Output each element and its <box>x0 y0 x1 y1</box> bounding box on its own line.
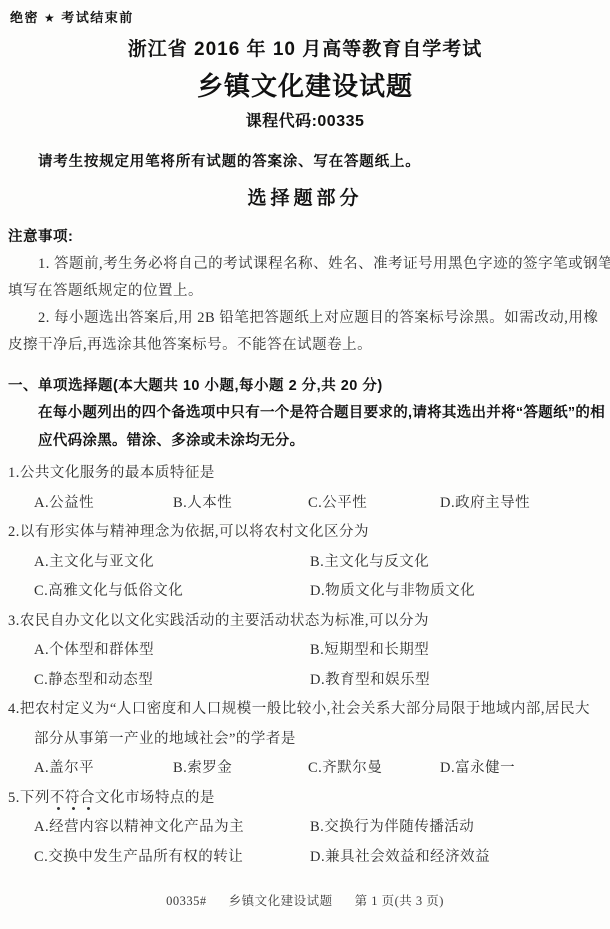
question-2-option-a: A.主文化与亚文化 <box>34 548 310 578</box>
notes-title: 注意事项: <box>8 224 606 251</box>
questions-block: 1.公共文化服务的最本质特征是 A.公益性 B.人本性 C.公平性 D.政府主导… <box>8 459 608 872</box>
note-1-line-1: 1. 答题前,考生务必将自己的考试课程名称、姓名、准考证号用黑色字迹的签字笔或钢… <box>8 251 606 278</box>
question-1-option-b: B.人本性 <box>173 489 308 519</box>
page-footer: 00335#乡镇文化建设试题第 1 页(共 3 页) <box>0 891 610 909</box>
footer-course-code: 00335# <box>166 894 207 908</box>
note-2-line-1: 2. 每小题选出答案后,用 2B 铅笔把答题纸上对应题目的答案标号涂黑。如需改动… <box>8 305 606 332</box>
star-icon: ★ <box>44 11 56 25</box>
note-2-line-2: 皮擦干净后,再选涂其他答案标号。不能答在试题卷上。 <box>8 332 606 359</box>
footer-paper-title: 乡镇文化建设试题 <box>229 894 333 908</box>
question-4-option-b: B.索罗金 <box>173 754 308 784</box>
question-3-stem: 3.农民自办文化以文化实践活动的主要活动状态为标准,可以分为 <box>8 607 608 637</box>
footer-page-number: 第 1 页(共 3 页) <box>355 894 444 908</box>
question-5-option-b: B.交换行为伴随传播活动 <box>310 813 608 843</box>
question-5-options-row-2: C.交换中发生产品所有权的转让 D.兼具社会效益和经济效益 <box>8 843 608 873</box>
question-4-option-c: C.齐默尔曼 <box>308 754 440 784</box>
question-5-text-emphasized: 不符合 <box>50 790 95 811</box>
question-1-option-c: C.公平性 <box>308 489 440 519</box>
question-3-text: 农民自办文化以文化实践活动的主要活动状态为标准,可以分为 <box>20 613 429 629</box>
question-2-stem: 2.以有形实体与精神理念为依据,可以将农村文化区分为 <box>8 518 608 548</box>
question-1-options: A.公益性 B.人本性 C.公平性 D.政府主导性 <box>8 489 608 519</box>
question-1-number: 1. <box>8 465 20 481</box>
question-5-stem: 5.下列不符合文化市场特点的是 <box>8 784 608 814</box>
question-3-option-a: A.个体型和群体型 <box>34 636 310 666</box>
section-intro-line-1: 在每小题列出的四个备选项中只有一个是符合题目要求的,请将其选出并将“答题纸”的相 <box>38 400 608 428</box>
question-3-options-row-2: C.静态型和动态型 D.教育型和娱乐型 <box>8 666 608 696</box>
question-3-option-d: D.教育型和娱乐型 <box>310 666 608 696</box>
question-1-option-d: D.政府主导性 <box>440 489 608 519</box>
question-3-option-c: C.静态型和动态型 <box>34 666 310 696</box>
question-2-options-row-2: C.高雅文化与低俗文化 D.物质文化与非物质文化 <box>8 577 608 607</box>
question-4-option-d: D.富永健一 <box>440 754 608 784</box>
question-3-option-b: B.短期型和长期型 <box>310 636 608 666</box>
question-2-option-c: C.高雅文化与低俗文化 <box>34 577 310 607</box>
question-4-options: A.盖尔平 B.索罗金 C.齐默尔曼 D.富永健一 <box>8 754 608 784</box>
course-code: 课程代码:00335 <box>0 108 610 131</box>
question-1-stem: 1.公共文化服务的最本质特征是 <box>8 459 608 489</box>
classification-line: 绝密★考试结束前 <box>10 7 134 26</box>
section-one-intro: 在每小题列出的四个备选项中只有一个是符合题目要求的,请将其选出并将“答题纸”的相… <box>38 400 608 455</box>
question-5-option-a: A.经营内容以精神文化产品为主 <box>34 813 310 843</box>
section-one-heading: 一、单项选择题(本大题共 10 小题,每小题 2 分,共 20 分) <box>8 374 383 399</box>
question-4-text-line-1: 把农村定义为“人口密度和人口规模一般比较小,社会关系大部分局限于地域内部,居民大 <box>20 701 590 717</box>
exam-session-title: 浙江省 2016 年 10 月高等教育自学考试 <box>0 34 610 61</box>
classification-label: 绝密 <box>10 10 39 25</box>
question-3-options-row-1: A.个体型和群体型 B.短期型和长期型 <box>8 636 608 666</box>
question-3-number: 3. <box>8 613 20 629</box>
exam-timing-label: 考试结束前 <box>61 10 134 25</box>
question-2-option-d: D.物质文化与非物质文化 <box>310 577 608 607</box>
notes-block: 注意事项: 1. 答题前,考生务必将自己的考试课程名称、姓名、准考证号用黑色字迹… <box>8 224 606 359</box>
paper-title: 乡镇文化建设试题 <box>0 66 610 103</box>
question-4-option-a: A.盖尔平 <box>34 754 173 784</box>
question-5-options-row-1: A.经营内容以精神文化产品为主 B.交换行为伴随传播活动 <box>8 813 608 843</box>
question-2-number: 2. <box>8 524 20 540</box>
note-1-line-2: 填写在答题纸规定的位置上。 <box>8 278 606 305</box>
question-5-text-pre: 下列 <box>20 790 50 806</box>
question-2-option-b: B.主文化与反文化 <box>310 548 608 578</box>
question-5-number: 5. <box>8 790 20 806</box>
question-4-number: 4. <box>8 701 20 717</box>
answer-instruction: 请考生按规定用笔将所有试题的答案涂、写在答题纸上。 <box>38 150 421 171</box>
question-4-stem-line-1: 4.把农村定义为“人口密度和人口规模一般比较小,社会关系大部分局限于地域内部,居… <box>8 695 608 725</box>
section-intro-line-2: 应代码涂黑。错涂、多涂或未涂均无分。 <box>38 428 608 456</box>
question-1-option-a: A.公益性 <box>34 489 173 519</box>
question-2-options-row-1: A.主文化与亚文化 B.主文化与反文化 <box>8 548 608 578</box>
section-part-title: 选择题部分 <box>0 183 610 210</box>
question-5-option-d: D.兼具社会效益和经济效益 <box>310 843 608 873</box>
question-4-stem-line-2: 部分从事第一产业的地域社会”的学者是 <box>8 725 608 755</box>
question-5-option-c: C.交换中发生产品所有权的转让 <box>34 843 310 873</box>
question-2-text: 以有形实体与精神理念为依据,可以将农村文化区分为 <box>20 524 369 540</box>
exam-paper-page: 绝密★考试结束前 浙江省 2016 年 10 月高等教育自学考试 乡镇文化建设试… <box>0 0 610 929</box>
question-1-text: 公共文化服务的最本质特征是 <box>20 465 215 481</box>
question-5-text-post: 文化市场特点的是 <box>95 790 215 806</box>
